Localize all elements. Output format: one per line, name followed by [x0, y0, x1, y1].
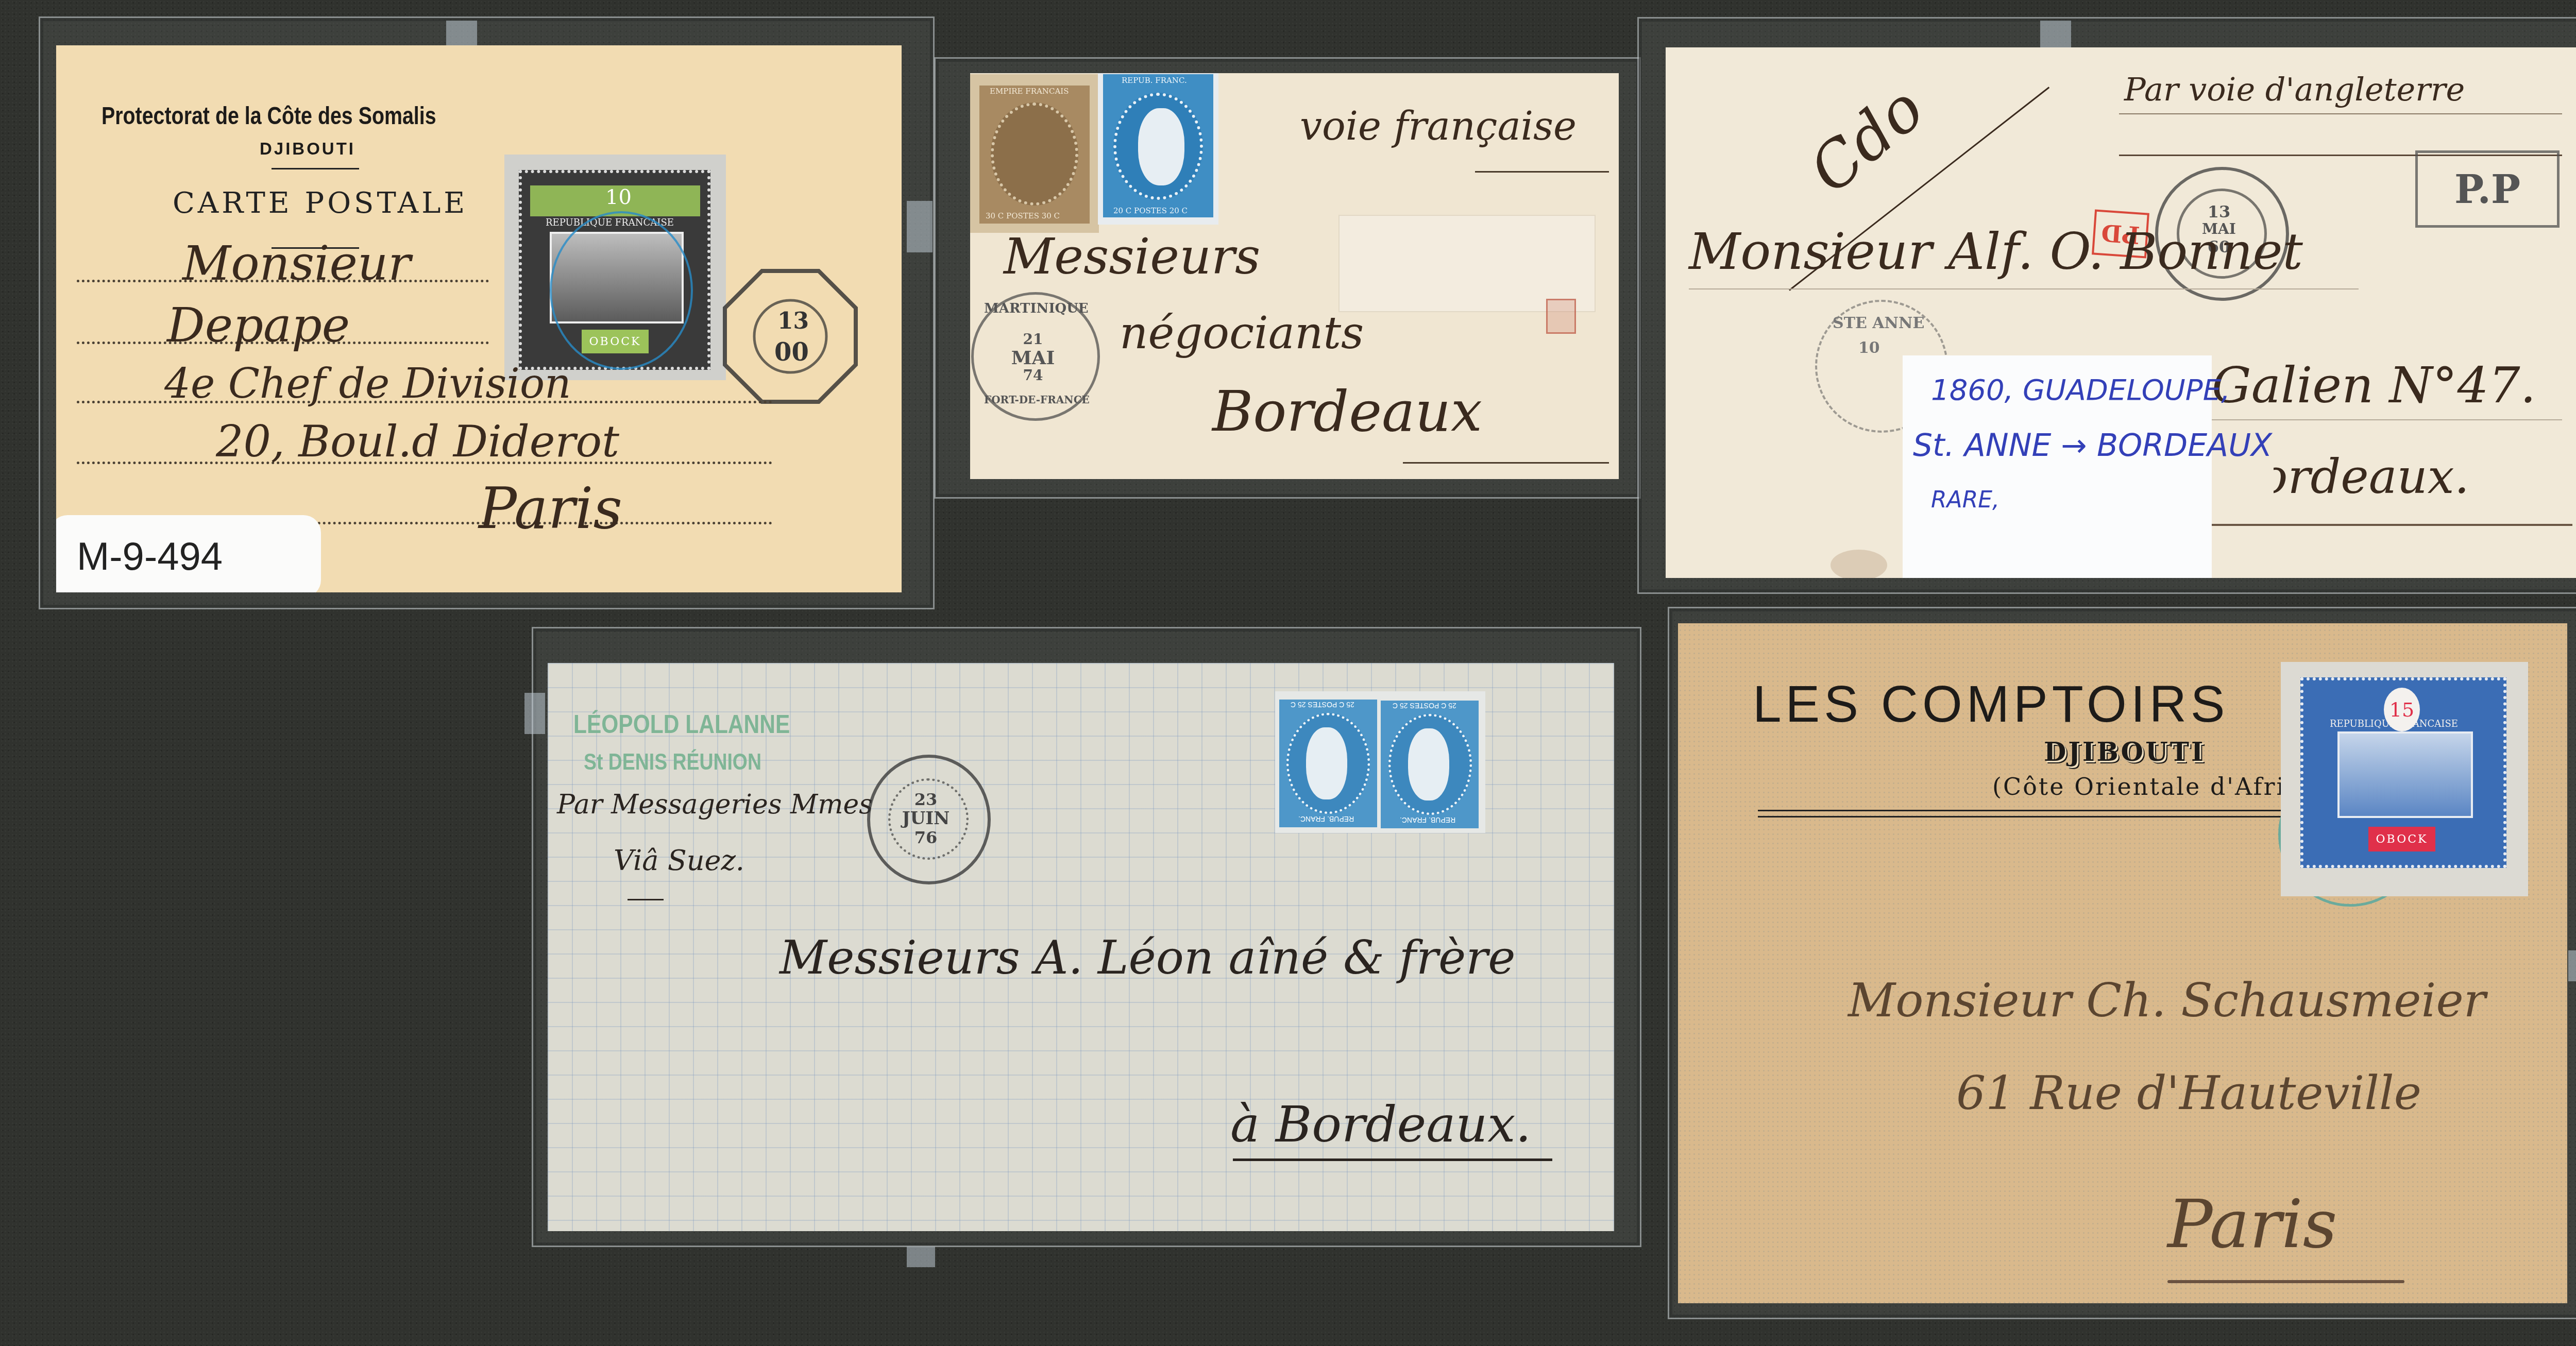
- underline: [2167, 1280, 2404, 1283]
- red-box-mark: [1546, 299, 1576, 334]
- address-2: à Bordeaux.: [1230, 1096, 1531, 1153]
- postmark-day: 21: [974, 331, 1092, 348]
- address-2: Depape: [167, 298, 350, 353]
- stamp-pair-ceres-25c[interactable]: 25 C POSTES 25 C 25 C POSTES 25 C REPUB.…: [1275, 691, 1485, 833]
- postmark-day: 23: [870, 790, 981, 809]
- stamp-value: 10: [605, 185, 632, 209]
- flourish: [628, 899, 664, 900]
- cover-front-martinique[interactable]: EMPIRE FRANCAIS 30 C POSTES 30 C REPUB. …: [970, 73, 1619, 479]
- underline: [1475, 171, 1609, 173]
- address-1: Messieurs A. Léon aîné & frère: [779, 931, 1516, 985]
- double-rule: [1758, 816, 2283, 817]
- route-note: Par voie d'angleterre: [2124, 71, 2465, 108]
- cover-guadeloupe[interactable]: Par voie d'angleterre Cdo PD 13 MAI 60 P…: [1666, 47, 2576, 578]
- stamp-obock-15c[interactable]: 15 REPUBLIQUE FRANCAISE OBOCK: [2281, 662, 2528, 896]
- underline: [2212, 524, 2572, 526]
- stamp-bottom-text: 30 C POSTES 30 C: [986, 211, 1060, 220]
- stamp-colony: OBOCK: [2376, 833, 2428, 846]
- underline: [1403, 462, 1609, 464]
- letter-reunion[interactable]: LÉOPOLD LALANNE St DENIS RÉUNION Par Mes…: [548, 663, 1614, 1231]
- postmark-martinique: MARTINIQUE 21 MAI 74 FORT-DE-FRANCE: [971, 292, 1100, 421]
- address-3: Paris: [2167, 1185, 2337, 1263]
- company-region: (Côte Orientale d'Afriq: [1992, 773, 2302, 800]
- address-2: Galien N°47.: [2212, 356, 2536, 414]
- pp-mark-text: P.P: [2454, 166, 2520, 212]
- underline: [1689, 288, 2359, 289]
- address-1: Messieurs: [1004, 228, 1260, 285]
- cover-djibouti[interactable]: LES COMPTOIRS DJIBOUTI (Côte Orientale d…: [1678, 623, 2567, 1303]
- sleeve-tab: [524, 693, 545, 734]
- company-name: LES COMPTOIRS: [1753, 675, 2229, 734]
- postmark-top: MARTINIQUE: [984, 301, 1087, 316]
- stamp-ceres-20c[interactable]: REPUB. FRANC. 20 C POSTES 20 C: [1098, 73, 1218, 225]
- divider: [272, 168, 359, 169]
- underline: [2119, 113, 2562, 114]
- postmark-octagon: 13 00: [721, 267, 860, 406]
- stamp-top-text: EMPIRE FRANCAIS: [990, 87, 1069, 96]
- postmark-bottom: FORT-DE-FRANCE: [984, 394, 1087, 406]
- stamp-top-text: 25 C POSTES 25 C: [1291, 701, 1354, 709]
- stamp-colony-tablet: OBOCK: [2368, 827, 2435, 851]
- underline: [1233, 1158, 1552, 1161]
- address-4: 20, Boul.d Diderot: [216, 416, 619, 467]
- postmark-reunion: 23 JUIN 76: [867, 755, 991, 884]
- postmark-day: 13: [777, 308, 809, 334]
- address-3: Bordeaux.: [2274, 449, 2469, 504]
- address-3: 4e Chef de Division: [164, 360, 571, 407]
- stamp-obock-10c[interactable]: REPUBLIQUE FRANCAISE OBOCK 10: [504, 155, 726, 380]
- route-note-2: Viâ Suez.: [614, 844, 744, 877]
- route-note: voie française: [1300, 103, 1577, 149]
- stain: [1831, 550, 1887, 578]
- stamp-napoleon-30c[interactable]: EMPIRE FRANCAIS 30 C POSTES 30 C: [970, 74, 1099, 233]
- stamp-portrait-oval: [991, 103, 1078, 206]
- collector-note: 1860, GUADELOUPE, St. ANNE → BORDEAUX RA…: [1903, 355, 2212, 578]
- note-line-3: RARE,: [1931, 487, 1999, 513]
- lot-number: M-9-494: [77, 534, 223, 579]
- postmark-day: 10: [1858, 339, 1880, 357]
- note-line-1: 1860, GUADELOUPE,: [1931, 373, 2230, 407]
- stamp-top-text: 25 C POSTES 25 C: [1393, 702, 1456, 710]
- underline: [2212, 419, 2562, 420]
- stamp-bottom-text: REPUB. FRANC.: [1298, 815, 1354, 823]
- stamp-bottom-text: REPUB. FRANC.: [1400, 816, 1455, 824]
- postmark-year: 00: [774, 338, 809, 367]
- postmark-month: MAI: [974, 347, 1092, 369]
- note-line-2: St. ANNE → BORDEAUX: [1913, 428, 2272, 464]
- address-1: Monsieur Ch. Schausmeier: [1848, 974, 2486, 1028]
- route-note-1: Par Messageries Mmes: [557, 789, 873, 820]
- sender-city: St DENIS RÉUNION: [584, 749, 761, 775]
- postmark-month: JUIN: [870, 808, 981, 829]
- stamp-top-text: REPUB. FRANC.: [1122, 76, 1187, 85]
- stamp-value: 15: [2389, 698, 2414, 721]
- sleeve-tab: [907, 201, 933, 252]
- address-1: Monsieur Alf. O. Bonnet: [1689, 223, 2303, 281]
- postcard-type: CARTE POSTALE: [173, 186, 468, 220]
- postmark-day: 13: [2158, 202, 2280, 222]
- address-5: Paris: [479, 475, 622, 541]
- postmark-top: STE ANNE: [1833, 314, 1924, 332]
- double-rule: [1758, 810, 2283, 811]
- postmark-year: 76: [870, 828, 981, 847]
- octagon-postmark-icon: [721, 267, 860, 406]
- pp-mark: P.P: [2415, 150, 2560, 228]
- stamp-country: REPUBLIQUE FRANCAISE: [2330, 719, 2458, 729]
- sleeve-tab: [2568, 950, 2576, 981]
- postcard-djibouti[interactable]: Protectorat de la Côte des Somalis DJIBO…: [56, 45, 902, 592]
- address-3: Bordeaux: [1212, 380, 1482, 444]
- company-city: DJIBOUTI: [2044, 737, 2205, 767]
- address-1: Monsieur: [182, 236, 411, 291]
- stamp-head: [1408, 728, 1449, 800]
- stamp-scene: [2337, 731, 2473, 818]
- address-window: [1338, 215, 1596, 312]
- stamp-bottom-text: 20 C POSTES 20 C: [1113, 206, 1188, 215]
- stamp-head: [1138, 108, 1184, 185]
- stamp-head: [1306, 727, 1347, 799]
- lot-label: M-9-494: [56, 515, 321, 592]
- sender-name: LÉOPOLD LALANNE: [573, 709, 790, 739]
- postcard-heading: Protectorat de la Côte des Somalis: [101, 102, 436, 130]
- blue-cancel: [550, 211, 693, 370]
- flourish-cdo: Cdo: [1797, 73, 1938, 207]
- address-2: négociants: [1120, 308, 1364, 359]
- postmark-year: 74: [974, 367, 1092, 384]
- sleeve-tab: [907, 1247, 935, 1267]
- address-3-clip: Bordeaux.: [2274, 449, 2469, 516]
- address-2: 61 Rue d'Hauteville: [1956, 1066, 2421, 1120]
- postcard-city: DJIBOUTI: [260, 139, 355, 159]
